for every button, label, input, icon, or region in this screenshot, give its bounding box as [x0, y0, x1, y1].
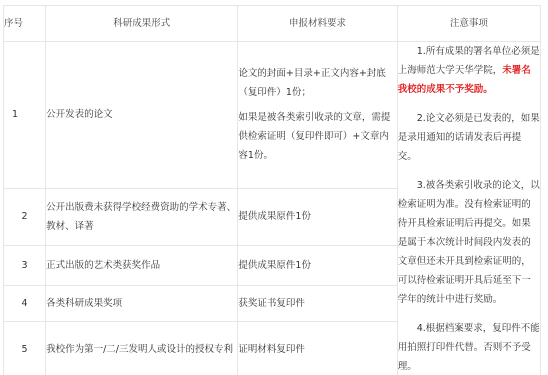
row-form: 各类科研成果奖项 — [46, 286, 238, 322]
row-form: 我校作为第一/二/三发明人或设计的授权专利 — [46, 322, 238, 375]
table-row: 1 公开发表的论文 论文的封面+目录+正文内容+封底（复印件）1份； 如果是被各… — [4, 42, 541, 189]
row-seq: 5 — [4, 322, 46, 375]
header-notes: 注意事项 — [397, 6, 540, 42]
row-requirements: 提供成果原件1份 — [238, 188, 397, 245]
row-form: 公开发表的论文 — [46, 42, 238, 189]
requirement-line: 如果是被各类索引收录的文章，需提供检索证明（复印件即可）+文章内容1份。 — [238, 108, 396, 165]
row-requirements: 论文的封面+目录+正文内容+封底（复印件）1份； 如果是被各类索引收录的文章，需… — [238, 42, 397, 189]
note-3: 3.被各类索引收录的论文，以检索证明为准。没有检索证明的待开具检索证明后再提交。… — [398, 176, 540, 309]
header-requirements: 申报材料要求 — [238, 6, 397, 42]
note-4: 4.根据档案要求，复印件不能用拍照打印件代替。否则不予受理。 — [398, 319, 540, 375]
header-seq: 序号 — [4, 6, 46, 42]
row-requirements: 获奖证书复印件 — [238, 286, 397, 322]
requirements-table: 序号 科研成果形式 申报材料要求 注意事项 1 公开发表的论文 论文的封面+目录… — [3, 5, 541, 375]
row-seq: 3 — [4, 245, 46, 285]
row-requirements: 提供成果原件1份 — [238, 245, 397, 285]
note-2: 2.论文必须是已发表的，如果是录用通知的话请发表后再提交。 — [398, 109, 540, 166]
requirement-line: 论文的封面+目录+正文内容+封底（复印件）1份； — [238, 64, 396, 102]
header-form: 科研成果形式 — [46, 6, 238, 42]
header-row: 序号 科研成果形式 申报材料要求 注意事项 — [4, 6, 541, 42]
row-seq: 2 — [4, 188, 46, 245]
row-form: 公开出版费未获得学校经费资助的学术专著、教材、译著 — [46, 188, 238, 245]
row-seq: 1 — [4, 42, 46, 189]
row-requirements: 证明材料复印件 — [238, 322, 397, 375]
row-seq: 4 — [4, 286, 46, 322]
notes-cell: 1.所有成果的署名单位必须是上海师范大学天华学院，未署名我校的成果不予奖励。 2… — [397, 42, 540, 375]
note-1: 1.所有成果的署名单位必须是上海师范大学天华学院，未署名我校的成果不予奖励。 — [398, 42, 540, 99]
row-form: 正式出版的艺术类获奖作品 — [46, 245, 238, 285]
